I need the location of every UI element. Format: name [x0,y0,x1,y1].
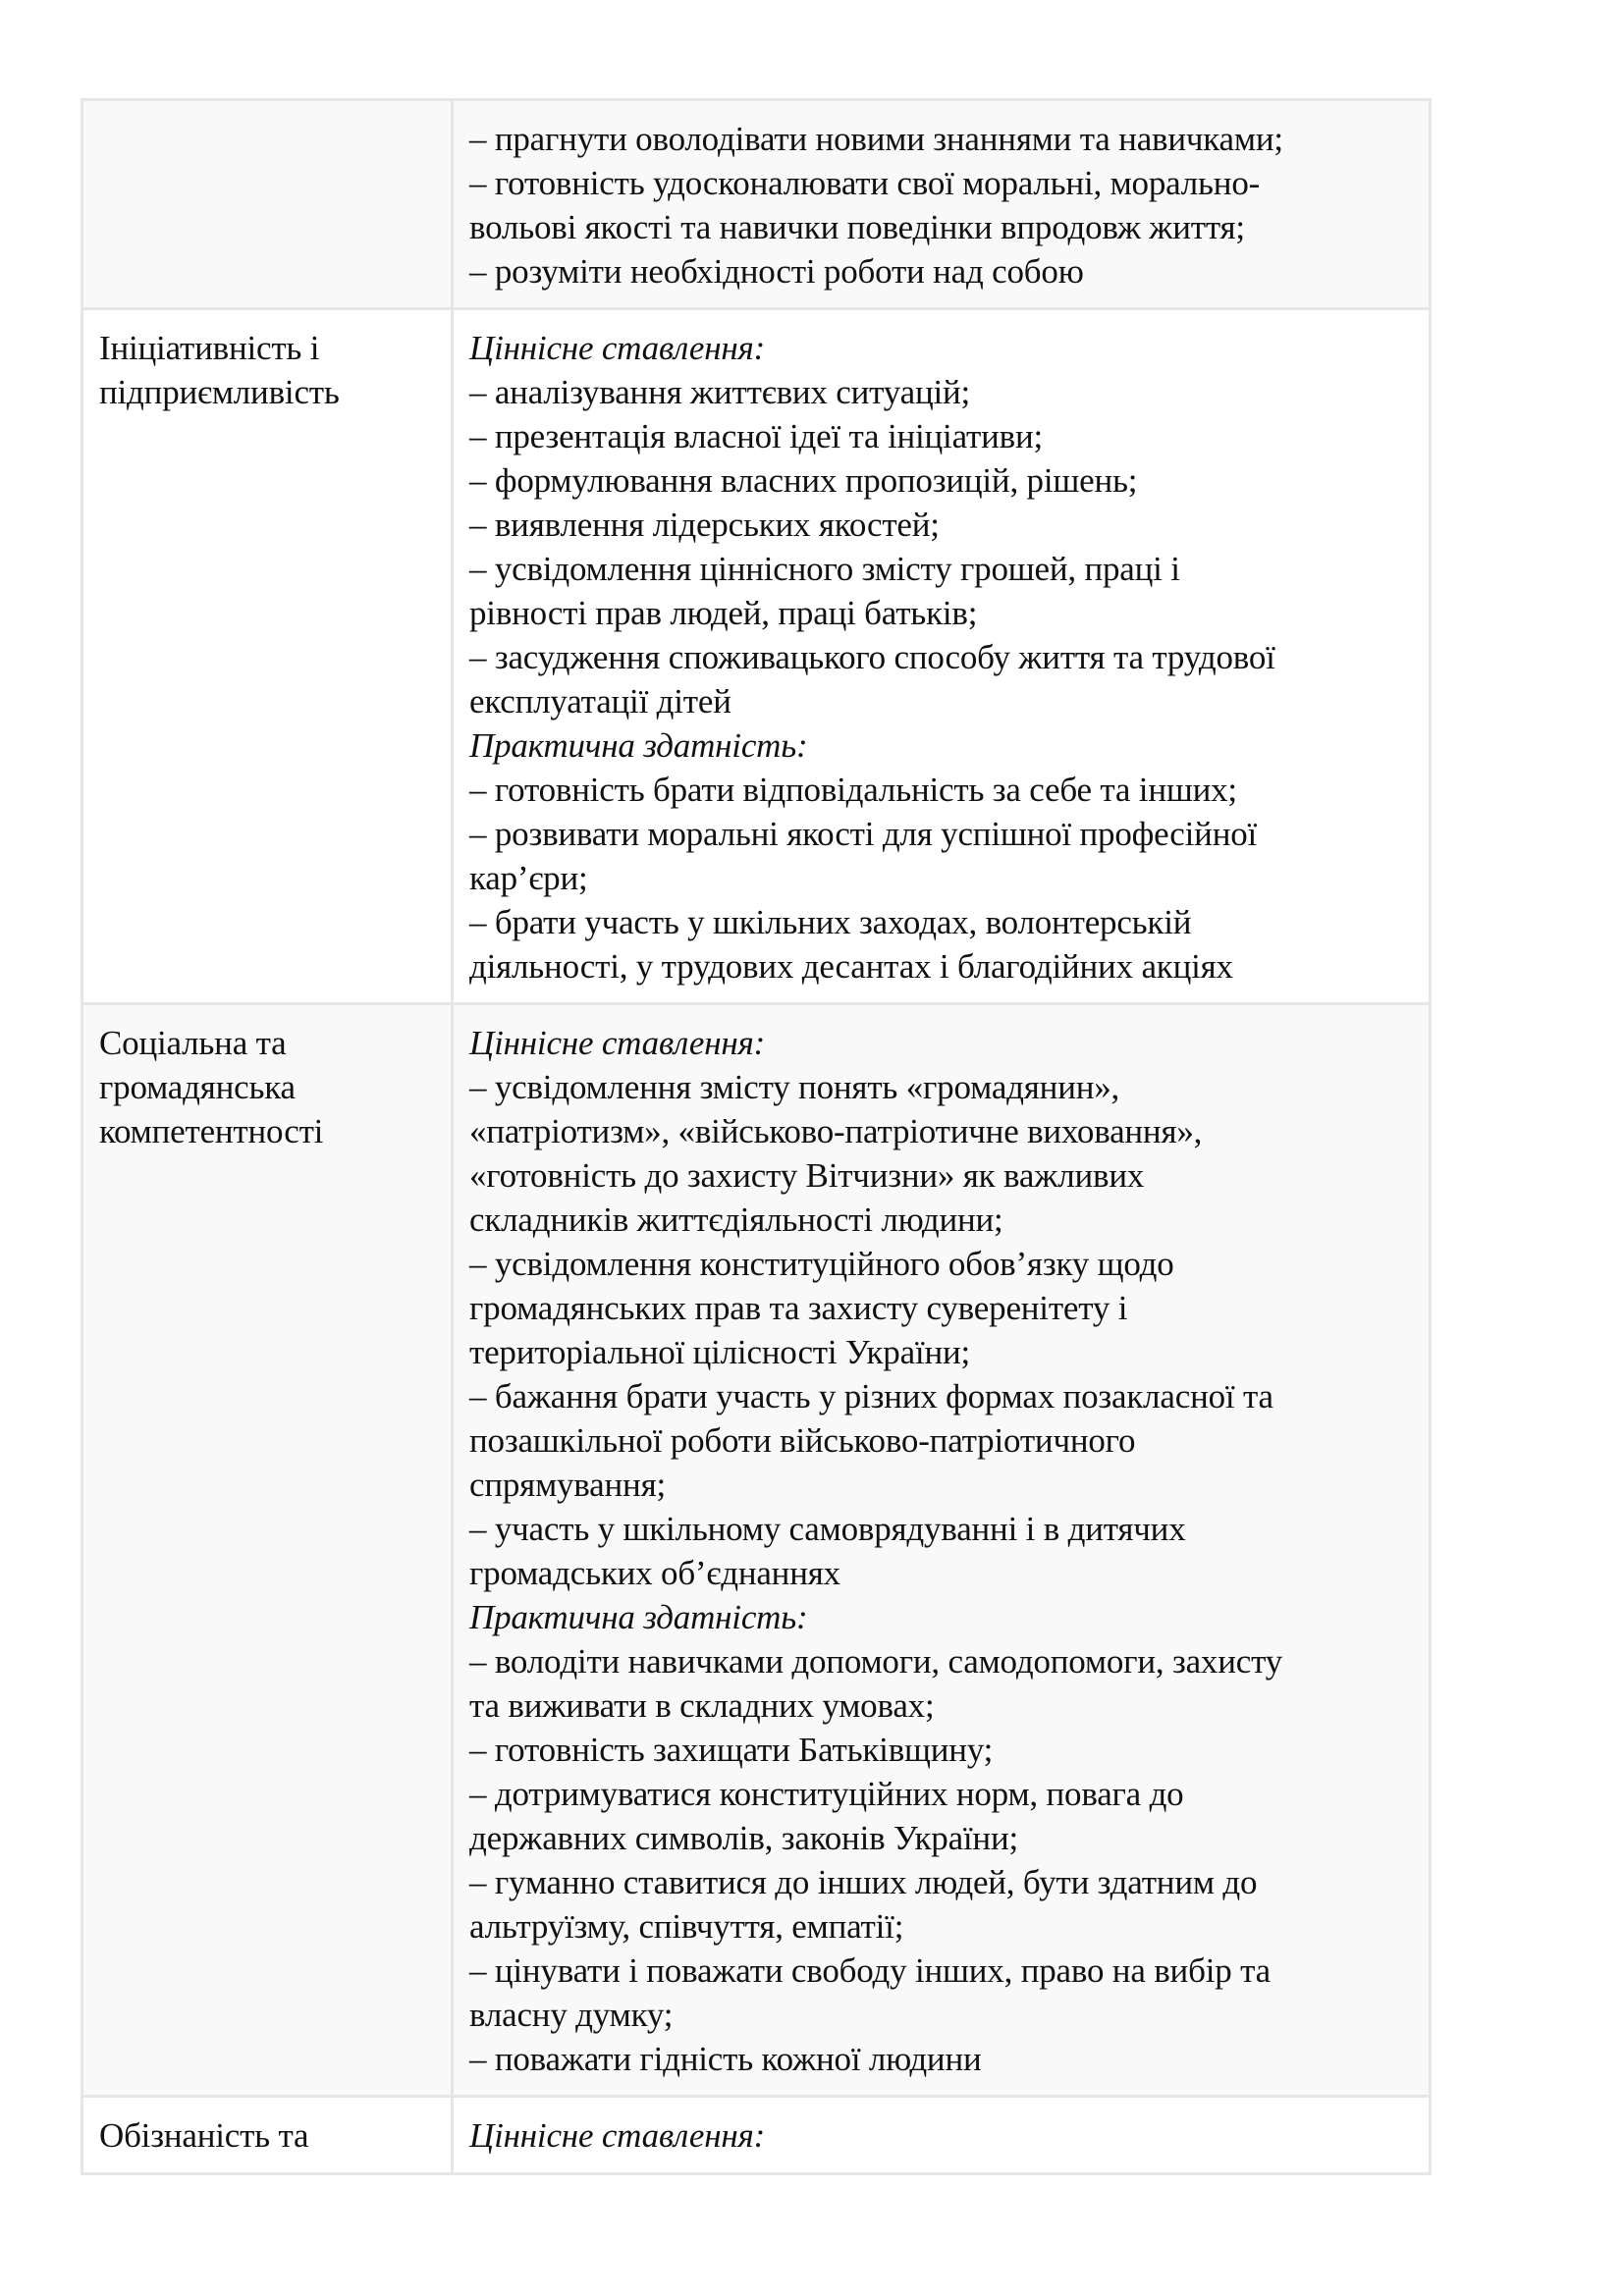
list-item: діяльності, у трудових десантах і благод… [469,944,1417,988]
section-heading: Ціннісне ставлення: [469,1021,1417,1065]
list-item: – усвідомлення ціннісного змісту грошей,… [469,547,1417,591]
competency-cell [82,100,453,309]
content-cell: Ціннісне ставлення: [453,2097,1431,2174]
section-heading: Практична здатність: [469,723,1417,768]
list-item: громадських об’єднаннях [469,1551,1417,1595]
list-item: територіальної цілісності України; [469,1330,1417,1374]
content-cell: – прагнути оволодівати новими знаннями т… [453,100,1431,309]
table-row: Соціальна тагромадянськакомпетентності Ц… [82,1004,1431,2097]
list-item: та виживати в складних умовах; [469,1683,1417,1728]
list-item: – дотримуватися конституційних норм, пов… [469,1772,1417,1816]
list-item: – брати участь у шкільних заходах, волон… [469,900,1417,944]
list-item: – усвідомлення конституційного обов’язку… [469,1242,1417,1286]
list-item: – готовність удосконалювати свої моральн… [469,161,1417,205]
list-item: експлуатації дітей [469,679,1417,723]
competency-cell: Обізнаність та [82,2097,453,2174]
section-heading: Ціннісне ставлення: [469,326,1417,370]
list-item: – цінувати і поважати свободу інших, пра… [469,1949,1417,1993]
list-item: позашкільної роботи військово-патріотичн… [469,1418,1417,1463]
list-item: – розвивати моральні якості для успішної… [469,812,1417,856]
list-item: власну думку; [469,1993,1417,2037]
list-item: державних символів, законів України; [469,1816,1417,1860]
list-item: вольові якості та навички поведінки впро… [469,205,1417,249]
competency-label: компетентності [99,1109,439,1153]
list-item: «патріотизм», «військово-патріотичне вих… [469,1109,1417,1153]
list-item: – презентація власної ідеї та ініціативи… [469,414,1417,458]
list-item: кар’єри; [469,856,1417,900]
list-item: рівності прав людей, праці батьків; [469,591,1417,635]
list-item: – поважати гідність кожної людини [469,2037,1417,2081]
competency-cell: Соціальна тагромадянськакомпетентності [82,1004,453,2097]
competency-label: Обізнаність та [99,2113,439,2158]
content-cell: Ціннісне ставлення:– аналізування життєв… [453,309,1431,1004]
section-heading: Практична здатність: [469,1595,1417,1639]
list-item: – гуманно ставитися до інших людей, бути… [469,1860,1417,1904]
list-item: – засудження споживацького способу життя… [469,635,1417,679]
list-item: – готовність брати відповідальність за с… [469,768,1417,812]
section-heading: Ціннісне ставлення: [469,2113,1417,2158]
competency-label: громадянська [99,1065,439,1109]
list-item: – розуміти необхідності роботи над собою [469,249,1417,294]
competency-table: – прагнути оволодівати новими знаннями т… [81,98,1432,2175]
competency-label: підприємливість [99,370,439,414]
list-item: «готовність до захисту Вітчизни» як важл… [469,1153,1417,1198]
list-item: спрямування; [469,1463,1417,1507]
list-item: – усвідомлення змісту понять «громадянин… [469,1065,1417,1109]
list-item: – бажання брати участь у різних формах п… [469,1374,1417,1418]
competency-cell: Ініціативність іпідприємливість [82,309,453,1004]
list-item: – володіти навичками допомоги, самодопом… [469,1639,1417,1683]
list-item: – готовність захищати Батьківщину; [469,1728,1417,1772]
list-item: – аналізування життєвих ситуацій; [469,370,1417,414]
list-item: – виявлення лідерських якостей; [469,503,1417,547]
list-item: громадянських прав та захисту сувереніте… [469,1286,1417,1330]
table-row: – прагнути оволодівати новими знаннями т… [82,100,1431,309]
competency-label: Соціальна та [99,1021,439,1065]
content-cell: Ціннісне ставлення:– усвідомлення змісту… [453,1004,1431,2097]
table-row: Обізнаність та Ціннісне ставлення: [82,2097,1431,2174]
list-item: – прагнути оволодівати новими знаннями т… [469,117,1417,161]
list-item: альтруїзму, співчуття, емпатії; [469,1904,1417,1949]
list-item: – участь у шкільному самоврядуванні і в … [469,1507,1417,1551]
list-item: – формулювання власних пропозицій, рішен… [469,458,1417,503]
list-item: складників життєдіяльності людини; [469,1198,1417,1242]
table-row: Ініціативність іпідприємливість Ціннісне… [82,309,1431,1004]
competency-label: Ініціативність і [99,326,439,370]
